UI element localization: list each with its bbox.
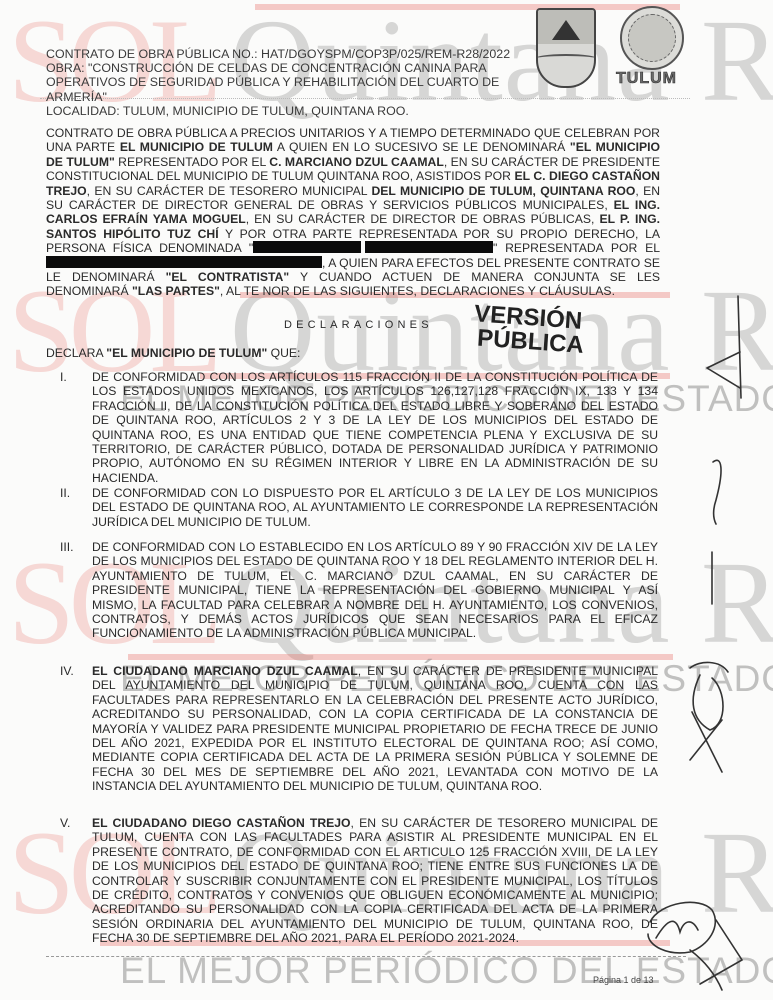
party-alias: "LAS PARTES" [132,284,220,298]
intro-text: A QUIEN EN LO SUCESIVO SE LE DENOMINARÁ [273,140,570,154]
party-name: DEL MUNICIPIO DE TULUM, QUINTANA ROO [371,184,635,198]
initial-stroke-icon [738,296,741,398]
tulum-wordmark: TULUM [616,70,677,88]
declaration-text: DE CONFORMIDAD CON LO ESTABLECIDO EN LOS… [92,540,658,640]
contract-header: CONTRATO DE OBRA PÚBLICA NO.: HAT/DGOYSP… [46,47,526,118]
page-number: Página 1 de 13 [593,975,654,985]
coat-of-arms-icon [536,8,596,88]
municipal-logos: TULUM [532,4,692,88]
redaction-bar [253,241,361,253]
obra-title-line: ARMERÍA" [46,90,526,104]
declaration-text: DE CONFORMIDAD CON LO DISPUESTO POR EL A… [92,486,658,529]
declaration-number: III. [60,540,90,554]
section-subtitle: DECLARA "EL MUNICIPIO DE TULUM" QUE: [46,346,300,360]
public-version-stamp: VERSIÓN PÚBLICA [468,302,586,358]
stamp-line: PÚBLICA [476,327,584,358]
contract-number: CONTRATO DE OBRA PÚBLICA NO.: HAT/DGOYSP… [46,47,526,61]
declaration-number: II. [60,486,90,500]
declaration-number: I. [60,370,90,384]
obra-title-line: OBRA: "CONSTRUCCIÓN DE CELDAS DE CONCENT… [46,61,526,75]
declaration-number: V. [60,816,90,830]
localidad: LOCALIDAD: TULUM, MUNICIPIO DE TULUM, QU… [46,104,526,118]
representative-name: C. MARCIANO DZUL CAAMAL [269,155,444,169]
subtitle-text: DECLARA [46,346,106,360]
declaration-subject: EL CIUDADANO DIEGO CASTAÑON TREJO [92,816,351,830]
tulum-seal-icon [620,6,684,70]
obra-title-line: OPERATIVOS DE SEGURIDAD PÚBLICA Y REHABI… [46,75,526,89]
intro-text: REPRESENTADO POR EL [115,155,270,169]
intro-text: , AL TE NOR DE LAS SIGUIENTES, DECLARACI… [220,284,615,298]
subtitle-text: QUE: [267,346,300,360]
redaction-bar [46,256,322,268]
declaration-text: , EN SU CARÁCTER DE TESORERO MUNICIPAL D… [92,816,658,945]
declaration-number: IV. [60,664,90,678]
footer-rule [46,956,686,958]
declaration-text: , EN SU CARÁCTER DE PRESIDENTE MUNICIPAL… [92,664,658,793]
declaration-subject: EL CIUDADANO MARCIANO DZUL CAAMAL [92,664,358,678]
intro-text: , EN SU CARÁCTER DE TESORERO MUNICIPAL [87,184,372,198]
document-page: SOL Quintana Roo SOL Quintana Roo EL MEJ… [0,0,773,1000]
watermark-band [128,654,673,660]
party-name: EL MUNICIPIO DE TULUM [120,140,273,154]
intro-text: " REPRESENTADA POR EL [493,241,660,255]
intro-paragraph: CONTRATO DE OBRA PÚBLICA A PRECIOS UNITA… [46,126,660,299]
section-title: DECLARACIONES [284,318,433,332]
intro-text: , EN SU CARÁCTER DE DIRECTOR DE OBRAS PÚ… [246,212,600,226]
declaration-text: DE CONFORMIDAD CON LOS ARTÍCULOS 115 FRA… [92,370,658,485]
redaction-bar [365,241,493,253]
party-alias: "EL CONTRATISTA" [166,270,290,284]
subtitle-party: "EL MUNICIPIO DE TULUM" [106,346,267,360]
